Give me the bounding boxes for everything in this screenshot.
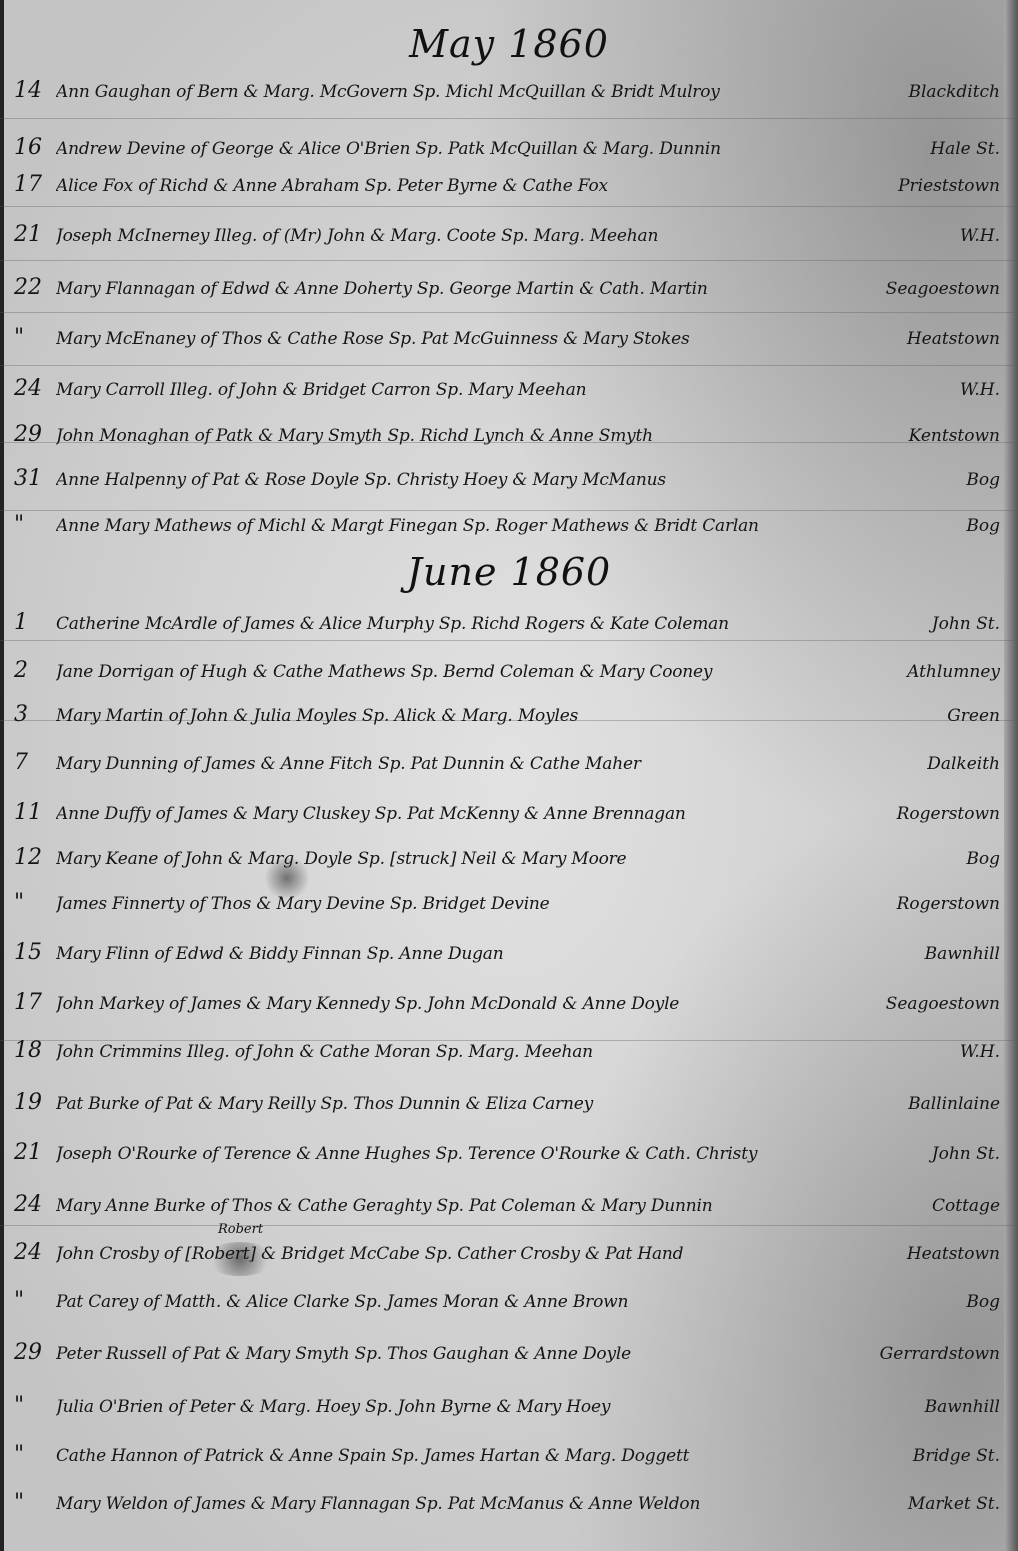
register-entry: " Julia O'Brien of Peter & Marg. Hoey Sp… bbox=[0, 1393, 1004, 1433]
entry-place: W.H. bbox=[952, 226, 1004, 246]
register-entry: 29 John Monaghan of Patk & Mary Smyth Sp… bbox=[0, 422, 1004, 462]
entry-day: 7 bbox=[0, 750, 56, 775]
month-heading-may: May 1860 bbox=[0, 22, 1018, 66]
entry-place: Bawnhill bbox=[917, 944, 1004, 964]
entry-text: Peter Russell of Pat & Mary Smyth Sp. Th… bbox=[56, 1344, 872, 1364]
entry-place: Hale St. bbox=[922, 139, 1004, 159]
register-entry: 22 Mary Flannagan of Edwd & Anne Doherty… bbox=[0, 275, 1004, 315]
entry-day: 29 bbox=[0, 422, 56, 447]
entry-day: 21 bbox=[0, 222, 56, 247]
entry-text: Joseph O'Rourke of Terence & Anne Hughes… bbox=[56, 1144, 924, 1164]
entry-day: " bbox=[0, 890, 56, 915]
register-entry: 24 Mary Carroll Illeg. of John & Bridget… bbox=[0, 376, 1004, 416]
register-entry: 21 Joseph O'Rourke of Terence & Anne Hug… bbox=[0, 1140, 1004, 1180]
entry-text: Julia O'Brien of Peter & Marg. Hoey Sp. … bbox=[56, 1397, 917, 1417]
entry-day: 2 bbox=[0, 658, 56, 683]
entry-day: 1 bbox=[0, 610, 56, 635]
ruled-line bbox=[0, 510, 1018, 511]
entry-day: 17 bbox=[0, 990, 56, 1015]
entry-day: 16 bbox=[0, 135, 56, 160]
entry-place: Prieststown bbox=[890, 176, 1004, 196]
entry-day: " bbox=[0, 1442, 56, 1467]
entry-place: Kentstown bbox=[901, 426, 1004, 446]
entry-day: 22 bbox=[0, 275, 56, 300]
entry-place: Gerrardstown bbox=[872, 1344, 1004, 1364]
entry-day: 24 bbox=[0, 376, 56, 401]
entry-day: " bbox=[0, 1490, 56, 1515]
register-entry: 24 John Crosby of [Robert] & Bridget McC… bbox=[0, 1240, 1004, 1280]
entry-place: Seagoestown bbox=[878, 994, 1004, 1014]
entry-place: Rogerstown bbox=[889, 804, 1004, 824]
register-entry: " Mary Weldon of James & Mary Flannagan … bbox=[0, 1490, 1004, 1530]
register-entry: 18 John Crimmins Illeg. of John & Cathe … bbox=[0, 1038, 1004, 1078]
entry-place: W.H. bbox=[952, 1042, 1004, 1062]
entry-place: Heatstown bbox=[899, 329, 1004, 349]
entry-text: Pat Carey of Matth. & Alice Clarke Sp. J… bbox=[56, 1292, 958, 1312]
register-entry: 29 Peter Russell of Pat & Mary Smyth Sp.… bbox=[0, 1340, 1004, 1380]
entry-day: 11 bbox=[0, 800, 56, 825]
entry-text: Mary Martin of John & Julia Moyles Sp. A… bbox=[56, 706, 939, 726]
register-entry: 12 Mary Keane of John & Marg. Doyle Sp. … bbox=[0, 845, 1004, 885]
entry-text: Mary Anne Burke of Thos & Cathe Geraghty… bbox=[56, 1196, 924, 1216]
register-entry: 15 Mary Flinn of Edwd & Biddy Finnan Sp.… bbox=[0, 940, 1004, 980]
entry-text: Mary Keane of John & Marg. Doyle Sp. [st… bbox=[56, 849, 958, 869]
entry-text: John Monaghan of Patk & Mary Smyth Sp. R… bbox=[56, 426, 901, 446]
register-page: May 1860 14 Ann Gaughan of Bern & Marg. … bbox=[0, 0, 1018, 1551]
entry-place: Ballinlaine bbox=[900, 1094, 1004, 1114]
register-entry: 24 Mary Anne Burke of Thos & Cathe Gerag… bbox=[0, 1192, 1004, 1232]
entry-place: John St. bbox=[924, 614, 1004, 634]
month-heading-june: June 1860 bbox=[0, 550, 1018, 594]
register-entry: 31 Anne Halpenny of Pat & Rose Doyle Sp.… bbox=[0, 466, 1004, 506]
register-entry: 17 John Markey of James & Mary Kennedy S… bbox=[0, 990, 1004, 1030]
entry-place: Bog bbox=[958, 470, 1004, 490]
ruled-line bbox=[0, 118, 1018, 119]
entry-day: 24 bbox=[0, 1192, 56, 1217]
register-entry: " Anne Mary Mathews of Michl & Margt Fin… bbox=[0, 512, 1004, 552]
entry-place: John St. bbox=[924, 1144, 1004, 1164]
entry-text: Catherine McArdle of James & Alice Murph… bbox=[56, 614, 924, 634]
entry-place: Market St. bbox=[900, 1494, 1004, 1514]
register-entry: 16 Andrew Devine of George & Alice O'Bri… bbox=[0, 135, 1004, 175]
entry-day: 21 bbox=[0, 1140, 56, 1165]
ruled-line bbox=[0, 365, 1018, 366]
register-entry: " Cathe Hannon of Patrick & Anne Spain S… bbox=[0, 1442, 1004, 1482]
register-entry: 1 Catherine McArdle of James & Alice Mur… bbox=[0, 610, 1004, 650]
entry-text: Andrew Devine of George & Alice O'Brien … bbox=[56, 139, 922, 159]
entry-place: Green bbox=[939, 706, 1004, 726]
register-entry: " Mary McEnaney of Thos & Cathe Rose Sp.… bbox=[0, 325, 1004, 365]
entry-day: " bbox=[0, 1288, 56, 1313]
entry-text: Mary Flannagan of Edwd & Anne Doherty Sp… bbox=[56, 279, 878, 299]
entry-place: Bridge St. bbox=[905, 1446, 1004, 1466]
entry-place: Blackditch bbox=[900, 82, 1004, 102]
entry-text: Ann Gaughan of Bern & Marg. McGovern Sp.… bbox=[56, 82, 900, 102]
entry-text: James Finnerty of Thos & Mary Devine Sp.… bbox=[56, 894, 889, 914]
entry-day: 3 bbox=[0, 702, 56, 727]
entry-text: John Markey of James & Mary Kennedy Sp. … bbox=[56, 994, 878, 1014]
entry-text: Joseph McInerney Illeg. of (Mr) John & M… bbox=[56, 226, 952, 246]
entry-text: Mary Dunning of James & Anne Fitch Sp. P… bbox=[56, 754, 919, 774]
register-entry: 19 Pat Burke of Pat & Mary Reilly Sp. Th… bbox=[0, 1090, 1004, 1130]
entry-place: Bawnhill bbox=[917, 1397, 1004, 1417]
entry-text: Anne Halpenny of Pat & Rose Doyle Sp. Ch… bbox=[56, 470, 958, 490]
entry-day: 14 bbox=[0, 78, 56, 103]
entry-text: John Crimmins Illeg. of John & Cathe Mor… bbox=[56, 1042, 952, 1062]
register-entry: 11 Anne Duffy of James & Mary Cluskey Sp… bbox=[0, 800, 1004, 840]
entry-place: Bog bbox=[958, 1292, 1004, 1312]
entry-text: Alice Fox of Richd & Anne Abraham Sp. Pe… bbox=[56, 176, 890, 196]
entry-place: Athlumney bbox=[899, 662, 1004, 682]
entry-place: Rogerstown bbox=[889, 894, 1004, 914]
entry-day: 19 bbox=[0, 1090, 56, 1115]
register-entry: 14 Ann Gaughan of Bern & Marg. McGovern … bbox=[0, 78, 1004, 118]
entry-text: Jane Dorrigan of Hugh & Cathe Mathews Sp… bbox=[56, 662, 899, 682]
entry-text: Mary Weldon of James & Mary Flannagan Sp… bbox=[56, 1494, 900, 1514]
entry-place: W.H. bbox=[952, 380, 1004, 400]
entry-text: Anne Mary Mathews of Michl & Margt Fineg… bbox=[56, 516, 958, 536]
entry-text: John Crosby of [Robert] & Bridget McCabe… bbox=[56, 1244, 899, 1264]
entry-place: Bog bbox=[958, 516, 1004, 536]
entry-text: Mary McEnaney of Thos & Cathe Rose Sp. P… bbox=[56, 329, 899, 349]
entry-text: Cathe Hannon of Patrick & Anne Spain Sp.… bbox=[56, 1446, 905, 1466]
register-entry: " Pat Carey of Matth. & Alice Clarke Sp.… bbox=[0, 1288, 1004, 1328]
page-edge-right bbox=[1004, 0, 1018, 1551]
entry-day: 31 bbox=[0, 466, 56, 491]
entry-text: Mary Carroll Illeg. of John & Bridget Ca… bbox=[56, 380, 952, 400]
entry-day: 15 bbox=[0, 940, 56, 965]
entry-day: 18 bbox=[0, 1038, 56, 1063]
register-entry: " James Finnerty of Thos & Mary Devine S… bbox=[0, 890, 1004, 930]
entry-place: Heatstown bbox=[899, 1244, 1004, 1264]
register-entry: 17 Alice Fox of Richd & Anne Abraham Sp.… bbox=[0, 172, 1004, 212]
entry-day: " bbox=[0, 1393, 56, 1418]
entry-day: 17 bbox=[0, 172, 56, 197]
entry-day: 24 bbox=[0, 1240, 56, 1265]
register-entry: 3 Mary Martin of John & Julia Moyles Sp.… bbox=[0, 702, 1004, 742]
register-entry: 7 Mary Dunning of James & Anne Fitch Sp.… bbox=[0, 750, 1004, 790]
entry-day: " bbox=[0, 512, 56, 537]
register-entry: 2 Jane Dorrigan of Hugh & Cathe Mathews … bbox=[0, 658, 1004, 698]
register-entry: 21 Joseph McInerney Illeg. of (Mr) John … bbox=[0, 222, 1004, 262]
entry-place: Bog bbox=[958, 849, 1004, 869]
entry-text: Pat Burke of Pat & Mary Reilly Sp. Thos … bbox=[56, 1094, 900, 1114]
entry-place: Seagoestown bbox=[878, 279, 1004, 299]
entry-text: Mary Flinn of Edwd & Biddy Finnan Sp. An… bbox=[56, 944, 917, 964]
entry-place: Dalkeith bbox=[919, 754, 1004, 774]
entry-place: Cottage bbox=[924, 1196, 1004, 1216]
entry-text: Anne Duffy of James & Mary Cluskey Sp. P… bbox=[56, 804, 889, 824]
entry-day: " bbox=[0, 325, 56, 350]
entry-day: 29 bbox=[0, 1340, 56, 1365]
entry-day: 12 bbox=[0, 845, 56, 870]
interlinear-correction: Robert bbox=[218, 1222, 263, 1237]
